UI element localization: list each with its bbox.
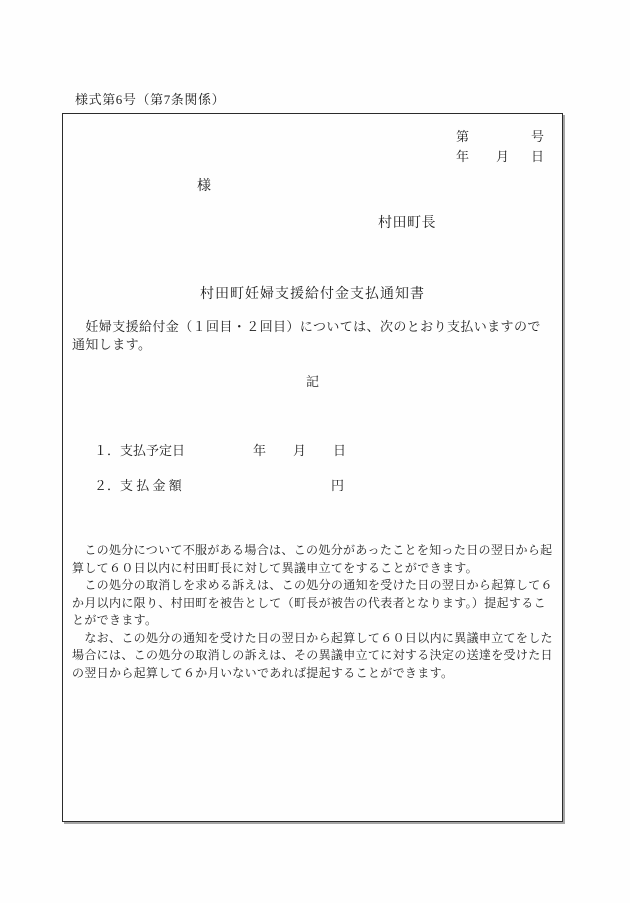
sender-mayor-label: 村田町長 bbox=[378, 216, 436, 232]
date-month-label: 月 bbox=[496, 150, 509, 165]
notice-line: この処分の取消しを求める訴えは、この処分の通知を受けた日の翌日から起算して６ bbox=[72, 577, 553, 595]
item1-day-label: 日 bbox=[333, 444, 346, 459]
form-number-label: 様式第6号（第7条関係） bbox=[75, 89, 225, 108]
notice-line: この処分について不服がある場合は、この処分があったことを知った日の翌日から起 bbox=[72, 542, 553, 560]
item1-month-label: 月 bbox=[293, 444, 306, 459]
document-title: 村田町妊婦支援給付金支払通知書 bbox=[63, 283, 562, 303]
item2-yen-unit-label: 円 bbox=[331, 479, 344, 494]
body-line: 妊婦支援給付金（１回目・２回目）については、次のとおり支払いますので bbox=[72, 318, 541, 336]
recipient-sama-label: 様 bbox=[197, 179, 211, 195]
ki-marker: 記 bbox=[63, 371, 562, 390]
notice-line: 算して６０日以内に村田町長に対して異議申立てをすることができます。 bbox=[72, 560, 553, 578]
item2-payment-amount-label: ２．支 払 金 額 bbox=[94, 479, 182, 494]
item1-year-label: 年 bbox=[253, 444, 266, 459]
notice-line: とができます。 bbox=[72, 612, 553, 630]
doc-number-suffix: 号 bbox=[531, 130, 544, 145]
notice-line: 場合には、この処分の取消しの訴えは、その異議申立てに対する決定の送達を受けた日 bbox=[72, 647, 553, 665]
notice-line: なお、この処分の通知を受けた日の翌日から起算して６０日以内に異議申立てをした bbox=[72, 630, 553, 648]
document-page: 様式第6号（第7条関係） 第 号 年 月 日 様 村田町長 村田町妊婦支援給付金… bbox=[0, 0, 630, 903]
body-paragraph: 妊婦支援給付金（１回目・２回目）については、次のとおり支払いますので 通知します… bbox=[72, 318, 541, 354]
notice-line: の翌日から起算して６か月いないであれば提起することができます。 bbox=[72, 665, 553, 683]
document-border-box: 第 号 年 月 日 様 村田町長 村田町妊婦支援給付金支払通知書 妊婦支援給付金… bbox=[62, 113, 563, 822]
item1-payment-date-label: １．支払予定日 bbox=[94, 444, 185, 459]
date-day-label: 日 bbox=[531, 150, 544, 165]
notice-line: か月以内に限り、村田町を被告として（町長が被告の代表者となります。）提起するこ bbox=[72, 595, 553, 613]
date-year-label: 年 bbox=[456, 150, 469, 165]
doc-number-prefix: 第 bbox=[456, 130, 469, 145]
legal-notice-paragraphs: この処分について不服がある場合は、この処分があったことを知った日の翌日から起 算… bbox=[72, 542, 553, 682]
body-line: 通知します。 bbox=[72, 336, 541, 354]
